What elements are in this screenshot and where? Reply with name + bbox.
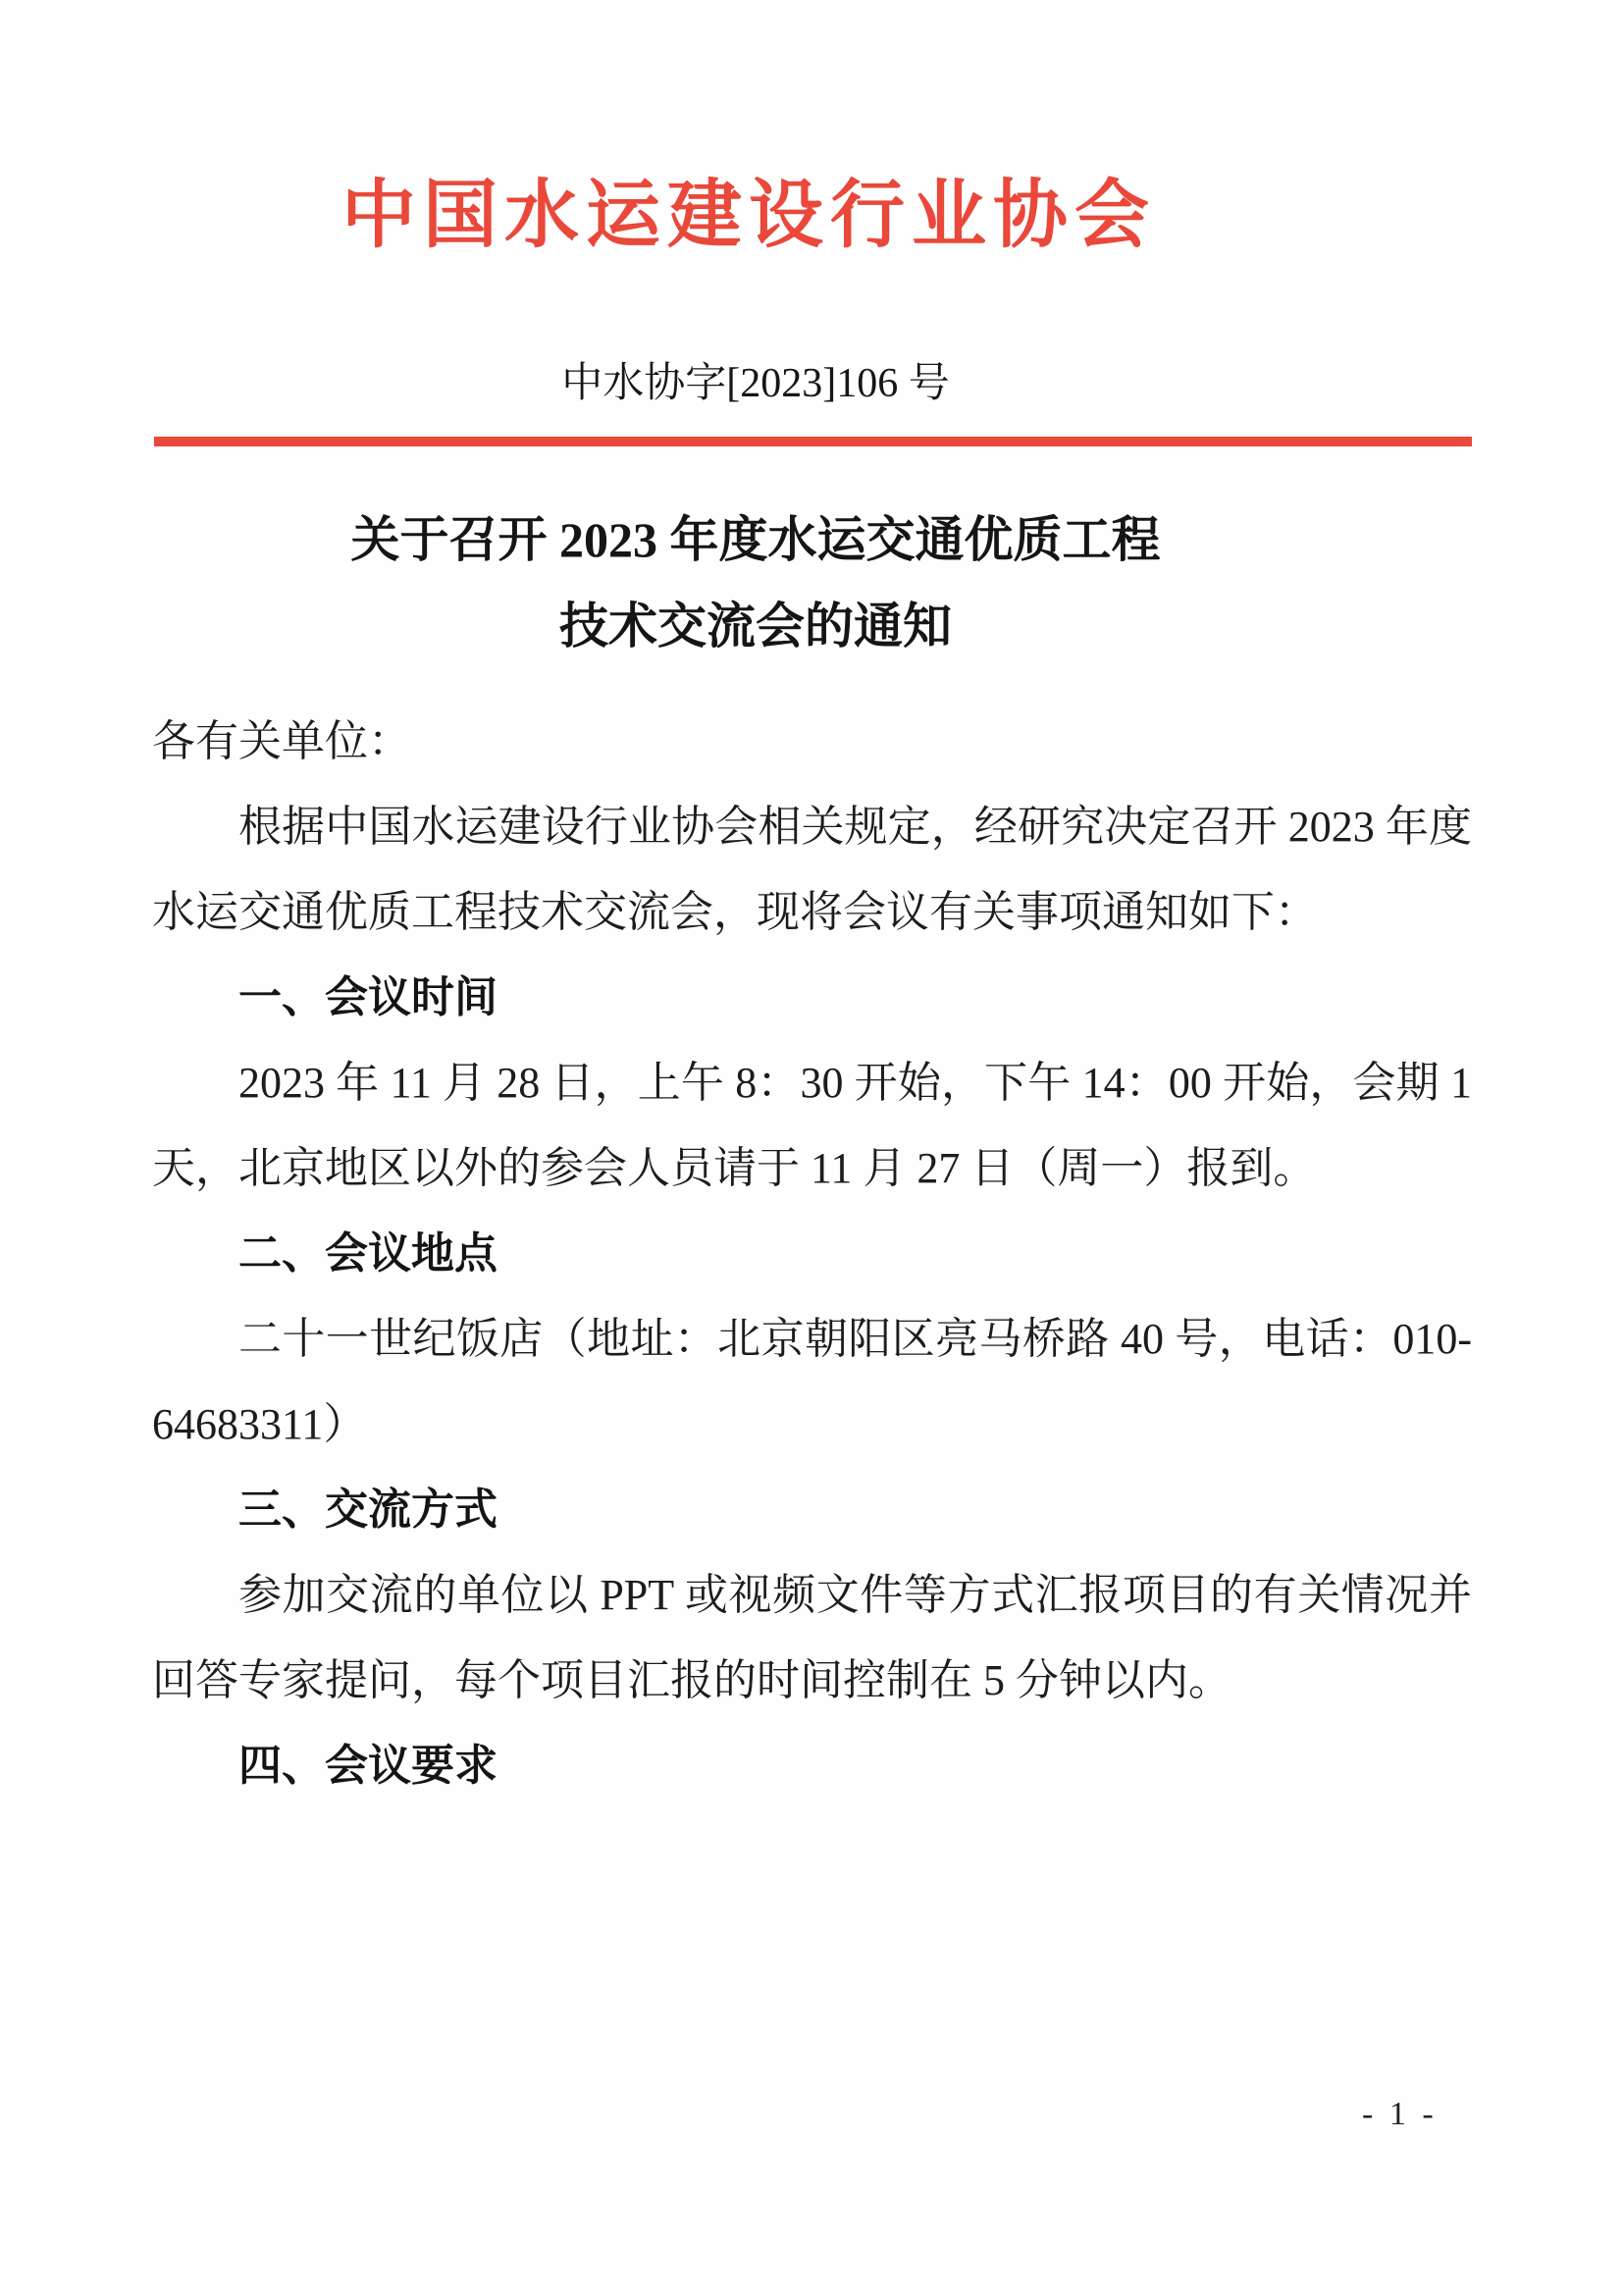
section-1-heading: 一、会议时间 — [152, 955, 1472, 1040]
document-body: 各有关单位： 根据中国水运建设行业协会相关规定，经研究决定召开 2023 年度水… — [152, 699, 1472, 1808]
document-page: 中国水运建设行业协会 中水协字[2023]106 号 关于召开 2023 年度水… — [0, 0, 1623, 2296]
section-3-heading: 三、交流方式 — [152, 1467, 1472, 1552]
section-4-heading: 四、会议要求 — [152, 1723, 1472, 1808]
page-number: - 1 - — [1362, 2096, 1438, 2133]
section-3-body: 参加交流的单位以 PPT 或视频文件等方式汇报项目的有关情况并回答专家提问，每个… — [152, 1552, 1472, 1723]
salutation: 各有关单位： — [152, 699, 1472, 784]
section-1-body: 2023 年 11 月 28 日，上午 8：30 开始，下午 14：00 开始，… — [152, 1040, 1472, 1211]
section-2-body: 二十一世纪饭店（地址：北京朝阳区亮马桥路 40 号，电话：010-6468331… — [152, 1296, 1472, 1467]
document-title-line1: 关于召开 2023 年度水运交通优质工程 — [0, 496, 1511, 583]
letterhead-org-title: 中国水运建设行业协会 — [0, 173, 1497, 258]
intro-paragraph: 根据中国水运建设行业协会相关规定，经研究决定召开 2023 年度水运交通优质工程… — [152, 784, 1472, 955]
document-number: 中水协字[2023]106 号 — [0, 359, 1511, 408]
letterhead-divider-rule — [154, 437, 1472, 446]
document-title: 关于召开 2023 年度水运交通优质工程 技术交流会的通知 — [0, 496, 1511, 669]
document-title-line2: 技术交流会的通知 — [0, 583, 1511, 669]
section-2-heading: 二、会议地点 — [152, 1211, 1472, 1296]
